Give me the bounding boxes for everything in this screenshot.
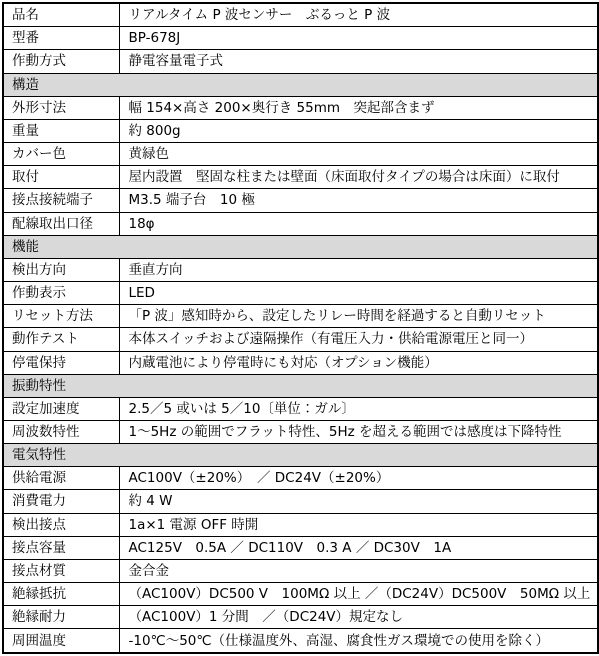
spec-value: 1～5Hz の範囲でフラット特性、5Hz を超える範囲では感度は下降特性 xyxy=(119,420,598,443)
section-label: 機能 xyxy=(3,235,598,258)
section-row: 機能 xyxy=(3,235,598,258)
section-row: 電気特性 xyxy=(3,444,598,467)
spec-label: リセット方法 xyxy=(3,305,119,328)
spec-label: 接点材質 xyxy=(3,559,119,582)
spec-row: 接点材質金合金 xyxy=(3,559,598,582)
spec-value: 2.5／5 或いは 5／10〔単位：ガル〕 xyxy=(119,397,598,420)
spec-row: リセット方法「P 波」感知時から、設定したリレー時間を経過すると自動リセット xyxy=(3,305,598,328)
spec-row: 周囲温度-10℃～50℃（仕様温度外、高湿、腐食性ガス環境での使用を除く） xyxy=(3,629,598,653)
spec-row: 型番BP-678J xyxy=(3,27,598,50)
section-row: 振動特性 xyxy=(3,374,598,397)
spec-label: 作動表示 xyxy=(3,282,119,305)
spec-value: 約 4 W xyxy=(119,490,598,513)
spec-value: （AC100V）1 分間 ／（DC24V）規定なし xyxy=(119,606,598,629)
spec-label: 接点容量 xyxy=(3,536,119,559)
spec-row: 作動方式静電容量電子式 xyxy=(3,50,598,73)
spec-value: AC100V（±20%） ／ DC24V（±20%） xyxy=(119,467,598,490)
section-label: 電気特性 xyxy=(3,444,598,467)
spec-value: M3.5 端子台 10 極 xyxy=(119,189,598,212)
spec-value: 幅 154×高さ 200×奥行き 55mm 突起部含まず xyxy=(119,96,598,119)
spec-row: 絶縁抵抗（AC100V）DC500 V 100MΩ 以上 ／（DC24V）DC5… xyxy=(3,583,598,606)
spec-label: 停電保持 xyxy=(3,351,119,374)
spec-value: 垂直方向 xyxy=(119,258,598,281)
spec-value: AC125V 0.5A ／ DC110V 0.3 A ／ DC30V 1A xyxy=(119,536,598,559)
spec-value: （AC100V）DC500 V 100MΩ 以上 ／（DC24V）DC500V … xyxy=(119,583,598,606)
spec-value: 黄緑色 xyxy=(119,143,598,166)
spec-label: 接点接続端子 xyxy=(3,189,119,212)
spec-value: -10℃～50℃（仕様温度外、高湿、腐食性ガス環境での使用を除く） xyxy=(119,629,598,653)
spec-row: 接点容量AC125V 0.5A ／ DC110V 0.3 A ／ DC30V 1… xyxy=(3,536,598,559)
spec-value: LED xyxy=(119,282,598,305)
spec-row: 品名リアルタイム P 波センサー ぶるっと P 波 xyxy=(3,3,598,27)
spec-label: 品名 xyxy=(3,3,119,27)
section-label: 振動特性 xyxy=(3,374,598,397)
spec-row: 供給電源AC100V（±20%） ／ DC24V（±20%） xyxy=(3,467,598,490)
spec-value: 金合金 xyxy=(119,559,598,582)
spec-value: 18φ xyxy=(119,212,598,235)
spec-row: 停電保持内蔵電池により停電時にも対応（オプション機能） xyxy=(3,351,598,374)
spec-table: 品名リアルタイム P 波センサー ぶるっと P 波型番BP-678J作動方式静電… xyxy=(2,2,599,654)
spec-row: 検出方向垂直方向 xyxy=(3,258,598,281)
spec-row: 消費電力約 4 W xyxy=(3,490,598,513)
spec-row: 外形寸法幅 154×高さ 200×奥行き 55mm 突起部含まず xyxy=(3,96,598,119)
spec-row: カバー色黄緑色 xyxy=(3,143,598,166)
spec-value: リアルタイム P 波センサー ぶるっと P 波 xyxy=(119,3,598,27)
section-label: 構造 xyxy=(3,73,598,96)
spec-label: 供給電源 xyxy=(3,467,119,490)
spec-row: 接点接続端子M3.5 端子台 10 極 xyxy=(3,189,598,212)
spec-label: 絶縁耐力 xyxy=(3,606,119,629)
spec-row: 作動表示LED xyxy=(3,282,598,305)
spec-label: 配線取出口径 xyxy=(3,212,119,235)
spec-label: 作動方式 xyxy=(3,50,119,73)
spec-label: 周波数特性 xyxy=(3,420,119,443)
spec-label: 型番 xyxy=(3,27,119,50)
spec-row: 配線取出口径18φ xyxy=(3,212,598,235)
spec-label: カバー色 xyxy=(3,143,119,166)
spec-label: 動作テスト xyxy=(3,328,119,351)
spec-label: 重量 xyxy=(3,119,119,142)
spec-value: 本体スイッチおよび遠隔操作（有電圧入力・供給電源電圧と同一） xyxy=(119,328,598,351)
spec-label: 外形寸法 xyxy=(3,96,119,119)
spec-value: 1a×1 電源 OFF 時開 xyxy=(119,513,598,536)
section-row: 構造 xyxy=(3,73,598,96)
spec-label: 検出方向 xyxy=(3,258,119,281)
spec-value: 静電容量電子式 xyxy=(119,50,598,73)
spec-row: 重量約 800g xyxy=(3,119,598,142)
spec-label: 取付 xyxy=(3,166,119,189)
spec-row: 取付屋内設置 堅固な柱または壁面（床面取付タイプの場合は床面）に取付 xyxy=(3,166,598,189)
spec-row: 絶縁耐力（AC100V）1 分間 ／（DC24V）規定なし xyxy=(3,606,598,629)
spec-value: 内蔵電池により停電時にも対応（オプション機能） xyxy=(119,351,598,374)
spec-label: 検出接点 xyxy=(3,513,119,536)
spec-value: BP-678J xyxy=(119,27,598,50)
spec-value: 屋内設置 堅固な柱または壁面（床面取付タイプの場合は床面）に取付 xyxy=(119,166,598,189)
spec-label: 周囲温度 xyxy=(3,629,119,653)
spec-table-body: 品名リアルタイム P 波センサー ぶるっと P 波型番BP-678J作動方式静電… xyxy=(3,3,598,653)
spec-row: 動作テスト本体スイッチおよび遠隔操作（有電圧入力・供給電源電圧と同一） xyxy=(3,328,598,351)
spec-value: 約 800g xyxy=(119,119,598,142)
spec-row: 設定加速度2.5／5 或いは 5／10〔単位：ガル〕 xyxy=(3,397,598,420)
spec-label: 消費電力 xyxy=(3,490,119,513)
spec-label: 設定加速度 xyxy=(3,397,119,420)
spec-row: 周波数特性1～5Hz の範囲でフラット特性、5Hz を超える範囲では感度は下降特… xyxy=(3,420,598,443)
spec-value: 「P 波」感知時から、設定したリレー時間を経過すると自動リセット xyxy=(119,305,598,328)
spec-row: 検出接点1a×1 電源 OFF 時開 xyxy=(3,513,598,536)
spec-label: 絶縁抵抗 xyxy=(3,583,119,606)
